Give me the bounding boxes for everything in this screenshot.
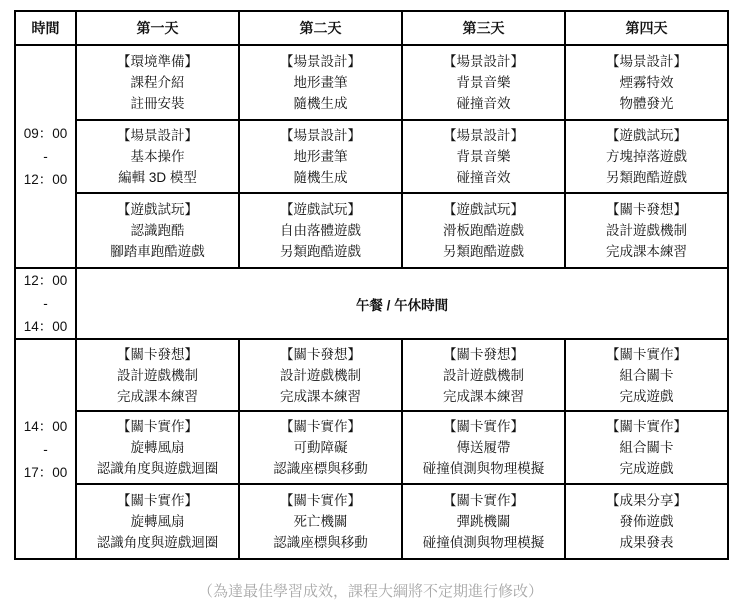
session-category: 【關卡發想】	[403, 344, 564, 365]
session-line: 完成遊戲	[566, 458, 727, 479]
time-separator: -	[16, 438, 75, 461]
afternoon-row-3: 【關卡實作】 旋轉風扇 認識角度與遊戲迴圈 【關卡實作】 死亡機關 認識座標與移…	[15, 484, 728, 559]
session-category: 【關卡實作】	[403, 490, 564, 511]
session-category: 【關卡實作】	[77, 416, 238, 437]
session-line: 方塊掉落遊戲	[566, 146, 727, 167]
session-category: 【關卡實作】	[566, 344, 727, 365]
session-category: 【場景設計】	[77, 125, 238, 146]
session-line: 認識跑酷	[77, 220, 238, 241]
session-line: 完成課本練習	[77, 386, 238, 407]
session-line: 旋轉風扇	[77, 437, 238, 458]
session-line: 物體發光	[566, 93, 727, 114]
session-category: 【關卡實作】	[240, 490, 401, 511]
session-line: 完成課本練習	[240, 386, 401, 407]
schedule-cell: 【環境準備】 課程介紹 註冊安裝	[76, 45, 239, 120]
schedule-cell: 【關卡實作】 旋轉風扇 認識角度與遊戲迴圈	[76, 484, 239, 559]
lunch-label: 午餐 / 午休時間	[76, 268, 728, 339]
column-header-time: 時間	[15, 11, 76, 45]
morning-row-1: 09：00 - 12：00 【環境準備】 課程介紹 註冊安裝 【場景設計】 地形…	[15, 45, 728, 120]
time-slot-morning: 09：00 - 12：00	[15, 45, 76, 268]
time-slot-afternoon: 14：00 - 17：00	[15, 339, 76, 559]
schedule-cell: 【關卡實作】 彈跳機關 碰撞偵測與物理模擬	[402, 484, 565, 559]
session-line: 認識座標與移動	[240, 532, 401, 553]
session-category: 【場景設計】	[240, 51, 401, 72]
schedule-cell: 【場景設計】 背景音樂 碰撞音效	[402, 120, 565, 193]
session-line: 認識角度與遊戲迴圈	[77, 458, 238, 479]
session-line: 地形畫筆	[240, 146, 401, 167]
schedule-cell: 【遊戲試玩】 方塊掉落遊戲 另類跑酷遊戲	[565, 120, 728, 193]
column-header-day4: 第四天	[565, 11, 728, 45]
session-category: 【環境準備】	[77, 51, 238, 72]
lunch-row: 12：00 - 14：00 午餐 / 午休時間	[15, 268, 728, 339]
schedule-cell: 【場景設計】 煙霧特效 物體發光	[565, 45, 728, 120]
session-line: 成果發表	[566, 532, 727, 553]
session-category: 【關卡實作】	[403, 416, 564, 437]
time-end: 17：00	[16, 461, 75, 484]
session-line: 煙霧特效	[566, 72, 727, 93]
session-line: 編輯 3D 模型	[77, 167, 238, 188]
schedule-cell: 【遊戲試玩】 自由落體遊戲 另類跑酷遊戲	[239, 193, 402, 268]
session-line: 完成課本練習	[566, 241, 727, 262]
session-line: 旋轉風扇	[77, 511, 238, 532]
session-line: 完成課本練習	[403, 386, 564, 407]
session-line: 另類跑酷遊戲	[240, 241, 401, 262]
session-line: 滑板跑酷遊戲	[403, 220, 564, 241]
session-category: 【關卡發想】	[240, 344, 401, 365]
schedule-cell: 【關卡發想】 設計遊戲機制 完成課本練習	[76, 339, 239, 411]
time-start: 14：00	[16, 415, 75, 438]
session-category: 【成果分享】	[566, 490, 727, 511]
session-line: 彈跳機關	[403, 511, 564, 532]
header-row: 時間 第一天 第二天 第三天 第四天	[15, 11, 728, 45]
disclaimer-note: （為達最佳學習成效，課程大綱將不定期進行修改）	[14, 580, 727, 601]
time-slot-lunch: 12：00 - 14：00	[15, 268, 76, 339]
session-line: 死亡機關	[240, 511, 401, 532]
schedule-cell: 【關卡實作】 死亡機關 認識座標與移動	[239, 484, 402, 559]
session-category: 【遊戲試玩】	[77, 199, 238, 220]
schedule-cell: 【關卡實作】 可動障礙 認識座標與移動	[239, 411, 402, 484]
session-line: 認識座標與移動	[240, 458, 401, 479]
session-line: 碰撞偵測與物理模擬	[403, 458, 564, 479]
session-line: 地形畫筆	[240, 72, 401, 93]
session-category: 【遊戲試玩】	[403, 199, 564, 220]
column-header-day1: 第一天	[76, 11, 239, 45]
schedule-cell: 【關卡發想】 設計遊戲機制 完成課本練習	[402, 339, 565, 411]
session-line: 組合關卡	[566, 365, 727, 386]
session-category: 【遊戲試玩】	[240, 199, 401, 220]
session-category: 【場景設計】	[403, 125, 564, 146]
schedule-cell: 【成果分享】 發佈遊戲 成果發表	[565, 484, 728, 559]
schedule-cell: 【場景設計】 基本操作 編輯 3D 模型	[76, 120, 239, 193]
course-schedule-table: 時間 第一天 第二天 第三天 第四天 09：00 - 12：00 【環境準備】 …	[14, 10, 729, 560]
session-line: 可動障礙	[240, 437, 401, 458]
schedule-cell: 【場景設計】 地形畫筆 隨機生成	[239, 45, 402, 120]
session-category: 【關卡發想】	[77, 344, 238, 365]
time-start: 12：00	[16, 269, 75, 292]
session-line: 認識角度與遊戲迴圈	[77, 532, 238, 553]
session-line: 碰撞音效	[403, 93, 564, 114]
schedule-cell: 【場景設計】 地形畫筆 隨機生成	[239, 120, 402, 193]
session-line: 發佈遊戲	[566, 511, 727, 532]
session-line: 背景音樂	[403, 72, 564, 93]
afternoon-row-1: 14：00 - 17：00 【關卡發想】 設計遊戲機制 完成課本練習 【關卡發想…	[15, 339, 728, 411]
session-category: 【遊戲試玩】	[566, 125, 727, 146]
session-category: 【場景設計】	[240, 125, 401, 146]
session-line: 腳踏車跑酷遊戲	[77, 241, 238, 262]
session-line: 設計遊戲機制	[77, 365, 238, 386]
schedule-cell: 【關卡發想】 設計遊戲機制 完成課本練習	[239, 339, 402, 411]
session-line: 隨機生成	[240, 167, 401, 188]
session-line: 設計遊戲機制	[566, 220, 727, 241]
session-line: 註冊安裝	[77, 93, 238, 114]
session-line: 基本操作	[77, 146, 238, 167]
schedule-cell: 【關卡發想】 設計遊戲機制 完成課本練習	[565, 193, 728, 268]
session-category: 【場景設計】	[566, 51, 727, 72]
session-line: 背景音樂	[403, 146, 564, 167]
schedule-cell: 【關卡實作】 旋轉風扇 認識角度與遊戲迴圈	[76, 411, 239, 484]
time-end: 14：00	[16, 315, 75, 338]
schedule-cell: 【遊戲試玩】 滑板跑酷遊戲 另類跑酷遊戲	[402, 193, 565, 268]
schedule-cell: 【關卡實作】 傳送履帶 碰撞偵測與物理模擬	[402, 411, 565, 484]
session-line: 設計遊戲機制	[240, 365, 401, 386]
session-line: 課程介紹	[77, 72, 238, 93]
schedule-cell: 【遊戲試玩】 認識跑酷 腳踏車跑酷遊戲	[76, 193, 239, 268]
time-separator: -	[16, 292, 75, 315]
schedule-cell: 【關卡實作】 組合關卡 完成遊戲	[565, 339, 728, 411]
session-category: 【關卡實作】	[566, 416, 727, 437]
session-line: 另類跑酷遊戲	[566, 167, 727, 188]
session-line: 設計遊戲機制	[403, 365, 564, 386]
session-category: 【關卡實作】	[240, 416, 401, 437]
session-line: 自由落體遊戲	[240, 220, 401, 241]
session-line: 完成遊戲	[566, 386, 727, 407]
time-end: 12：00	[16, 168, 75, 191]
page: 時間 第一天 第二天 第三天 第四天 09：00 - 12：00 【環境準備】 …	[0, 0, 741, 601]
session-line: 傳送履帶	[403, 437, 564, 458]
time-start: 09：00	[16, 122, 75, 145]
column-header-day3: 第三天	[402, 11, 565, 45]
morning-row-3: 【遊戲試玩】 認識跑酷 腳踏車跑酷遊戲 【遊戲試玩】 自由落體遊戲 另類跑酷遊戲…	[15, 193, 728, 268]
session-category: 【關卡實作】	[77, 490, 238, 511]
schedule-cell: 【場景設計】 背景音樂 碰撞音效	[402, 45, 565, 120]
session-category: 【場景設計】	[403, 51, 564, 72]
session-line: 碰撞偵測與物理模擬	[403, 532, 564, 553]
morning-row-2: 【場景設計】 基本操作 編輯 3D 模型 【場景設計】 地形畫筆 隨機生成 【場…	[15, 120, 728, 193]
time-separator: -	[16, 145, 75, 168]
session-line: 組合關卡	[566, 437, 727, 458]
afternoon-row-2: 【關卡實作】 旋轉風扇 認識角度與遊戲迴圈 【關卡實作】 可動障礙 認識座標與移…	[15, 411, 728, 484]
session-line: 碰撞音效	[403, 167, 564, 188]
session-category: 【關卡發想】	[566, 199, 727, 220]
schedule-cell: 【關卡實作】 組合關卡 完成遊戲	[565, 411, 728, 484]
column-header-day2: 第二天	[239, 11, 402, 45]
session-line: 另類跑酷遊戲	[403, 241, 564, 262]
session-line: 隨機生成	[240, 93, 401, 114]
